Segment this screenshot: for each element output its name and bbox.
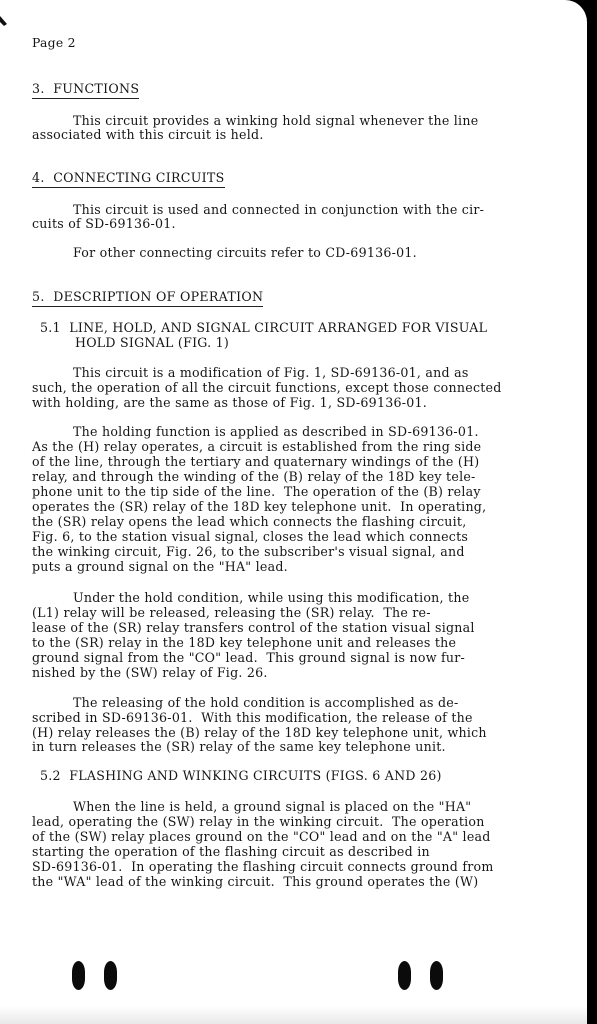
text-line: (L1) relay will be released, releasing t…: [32, 606, 431, 620]
text-line: the (SR) relay opens the lead which conn…: [32, 515, 467, 529]
binder-hole: [104, 961, 117, 990]
text-line: For other connecting circuits refer to C…: [73, 246, 417, 260]
text-line: ground signal from the "CO" lead. This g…: [32, 651, 465, 665]
document-page: Page 2 3. FUNCTIONS This circuit provide…: [0, 0, 587, 1024]
text-line: such, the operation of all the circuit f…: [32, 381, 502, 395]
text-line: Under the hold condition, while using th…: [73, 591, 469, 605]
binder-hole: [430, 961, 443, 990]
text-line: lease of the (SR) relay transfers contro…: [32, 621, 475, 635]
page-bottom-shade: [0, 1006, 587, 1024]
text-line: with holding, are the same as those of F…: [32, 396, 427, 410]
section-heading-functions: 3. FUNCTIONS: [32, 82, 139, 96]
text-line: scribed in SD-69136-01. With this modifi…: [32, 711, 473, 725]
corner-mark: [0, 14, 10, 28]
page-label: Page 2: [32, 36, 76, 50]
text-line: puts a ground signal on the "HA" lead.: [32, 560, 288, 574]
text-line: starting the operation of the flashing c…: [32, 845, 430, 859]
text-line: relay, and through the winding of the (B…: [32, 470, 476, 484]
text-line: nished by the (SW) relay of Fig. 26.: [32, 666, 268, 680]
text-line: As the (H) relay operates, a circuit is …: [32, 440, 481, 454]
text-line: SD-69136-01. In operating the flashing c…: [32, 860, 494, 874]
text-line: When the line is held, a ground signal i…: [73, 800, 471, 814]
text-line: The releasing of the hold condition is a…: [73, 696, 458, 710]
text-line: the "WA" lead of the winking circuit. Th…: [32, 875, 478, 889]
subsection-heading-5-2: 5.2 FLASHING AND WINKING CIRCUITS (FIGS.…: [40, 769, 442, 783]
text-line: operates the (SR) relay of the 18D key t…: [32, 500, 486, 514]
text-line: lead, operating the (SW) relay in the wi…: [32, 815, 485, 829]
text-line: phone unit to the tip side of the line. …: [32, 485, 481, 499]
section-heading-connecting: 4. CONNECTING CIRCUITS: [32, 171, 225, 185]
text-line: This circuit is used and connected in co…: [73, 203, 484, 217]
text-line: the winking circuit, Fig. 26, to the sub…: [32, 545, 465, 559]
binder-hole: [398, 961, 411, 990]
text-line: to the (SR) relay in the 18D key telepho…: [32, 636, 456, 650]
text-line: of the (SW) relay places ground on the "…: [32, 830, 491, 844]
text-line: associated with this circuit is held.: [32, 128, 264, 142]
binder-hole: [72, 961, 85, 990]
text-line: in turn releases the (SR) relay of the s…: [32, 740, 446, 754]
section-heading-description: 5. DESCRIPTION OF OPERATION: [32, 290, 263, 304]
subsection-heading-5-1-cont: HOLD SIGNAL (FIG. 1): [75, 336, 229, 350]
subsection-heading-5-1: 5.1 LINE, HOLD, AND SIGNAL CIRCUIT ARRAN…: [40, 321, 487, 335]
text-line: The holding function is applied as descr…: [73, 425, 479, 439]
text-line: This circuit provides a winking hold sig…: [73, 114, 478, 128]
text-line: (H) relay releases the (B) relay of the …: [32, 726, 487, 740]
text-line: This circuit is a modification of Fig. 1…: [73, 366, 469, 380]
text-line: Fig. 6, to the station visual signal, cl…: [32, 530, 468, 544]
text-line: of the line, through the tertiary and qu…: [32, 455, 479, 469]
text-line: cuits of SD-69136-01.: [32, 217, 176, 231]
